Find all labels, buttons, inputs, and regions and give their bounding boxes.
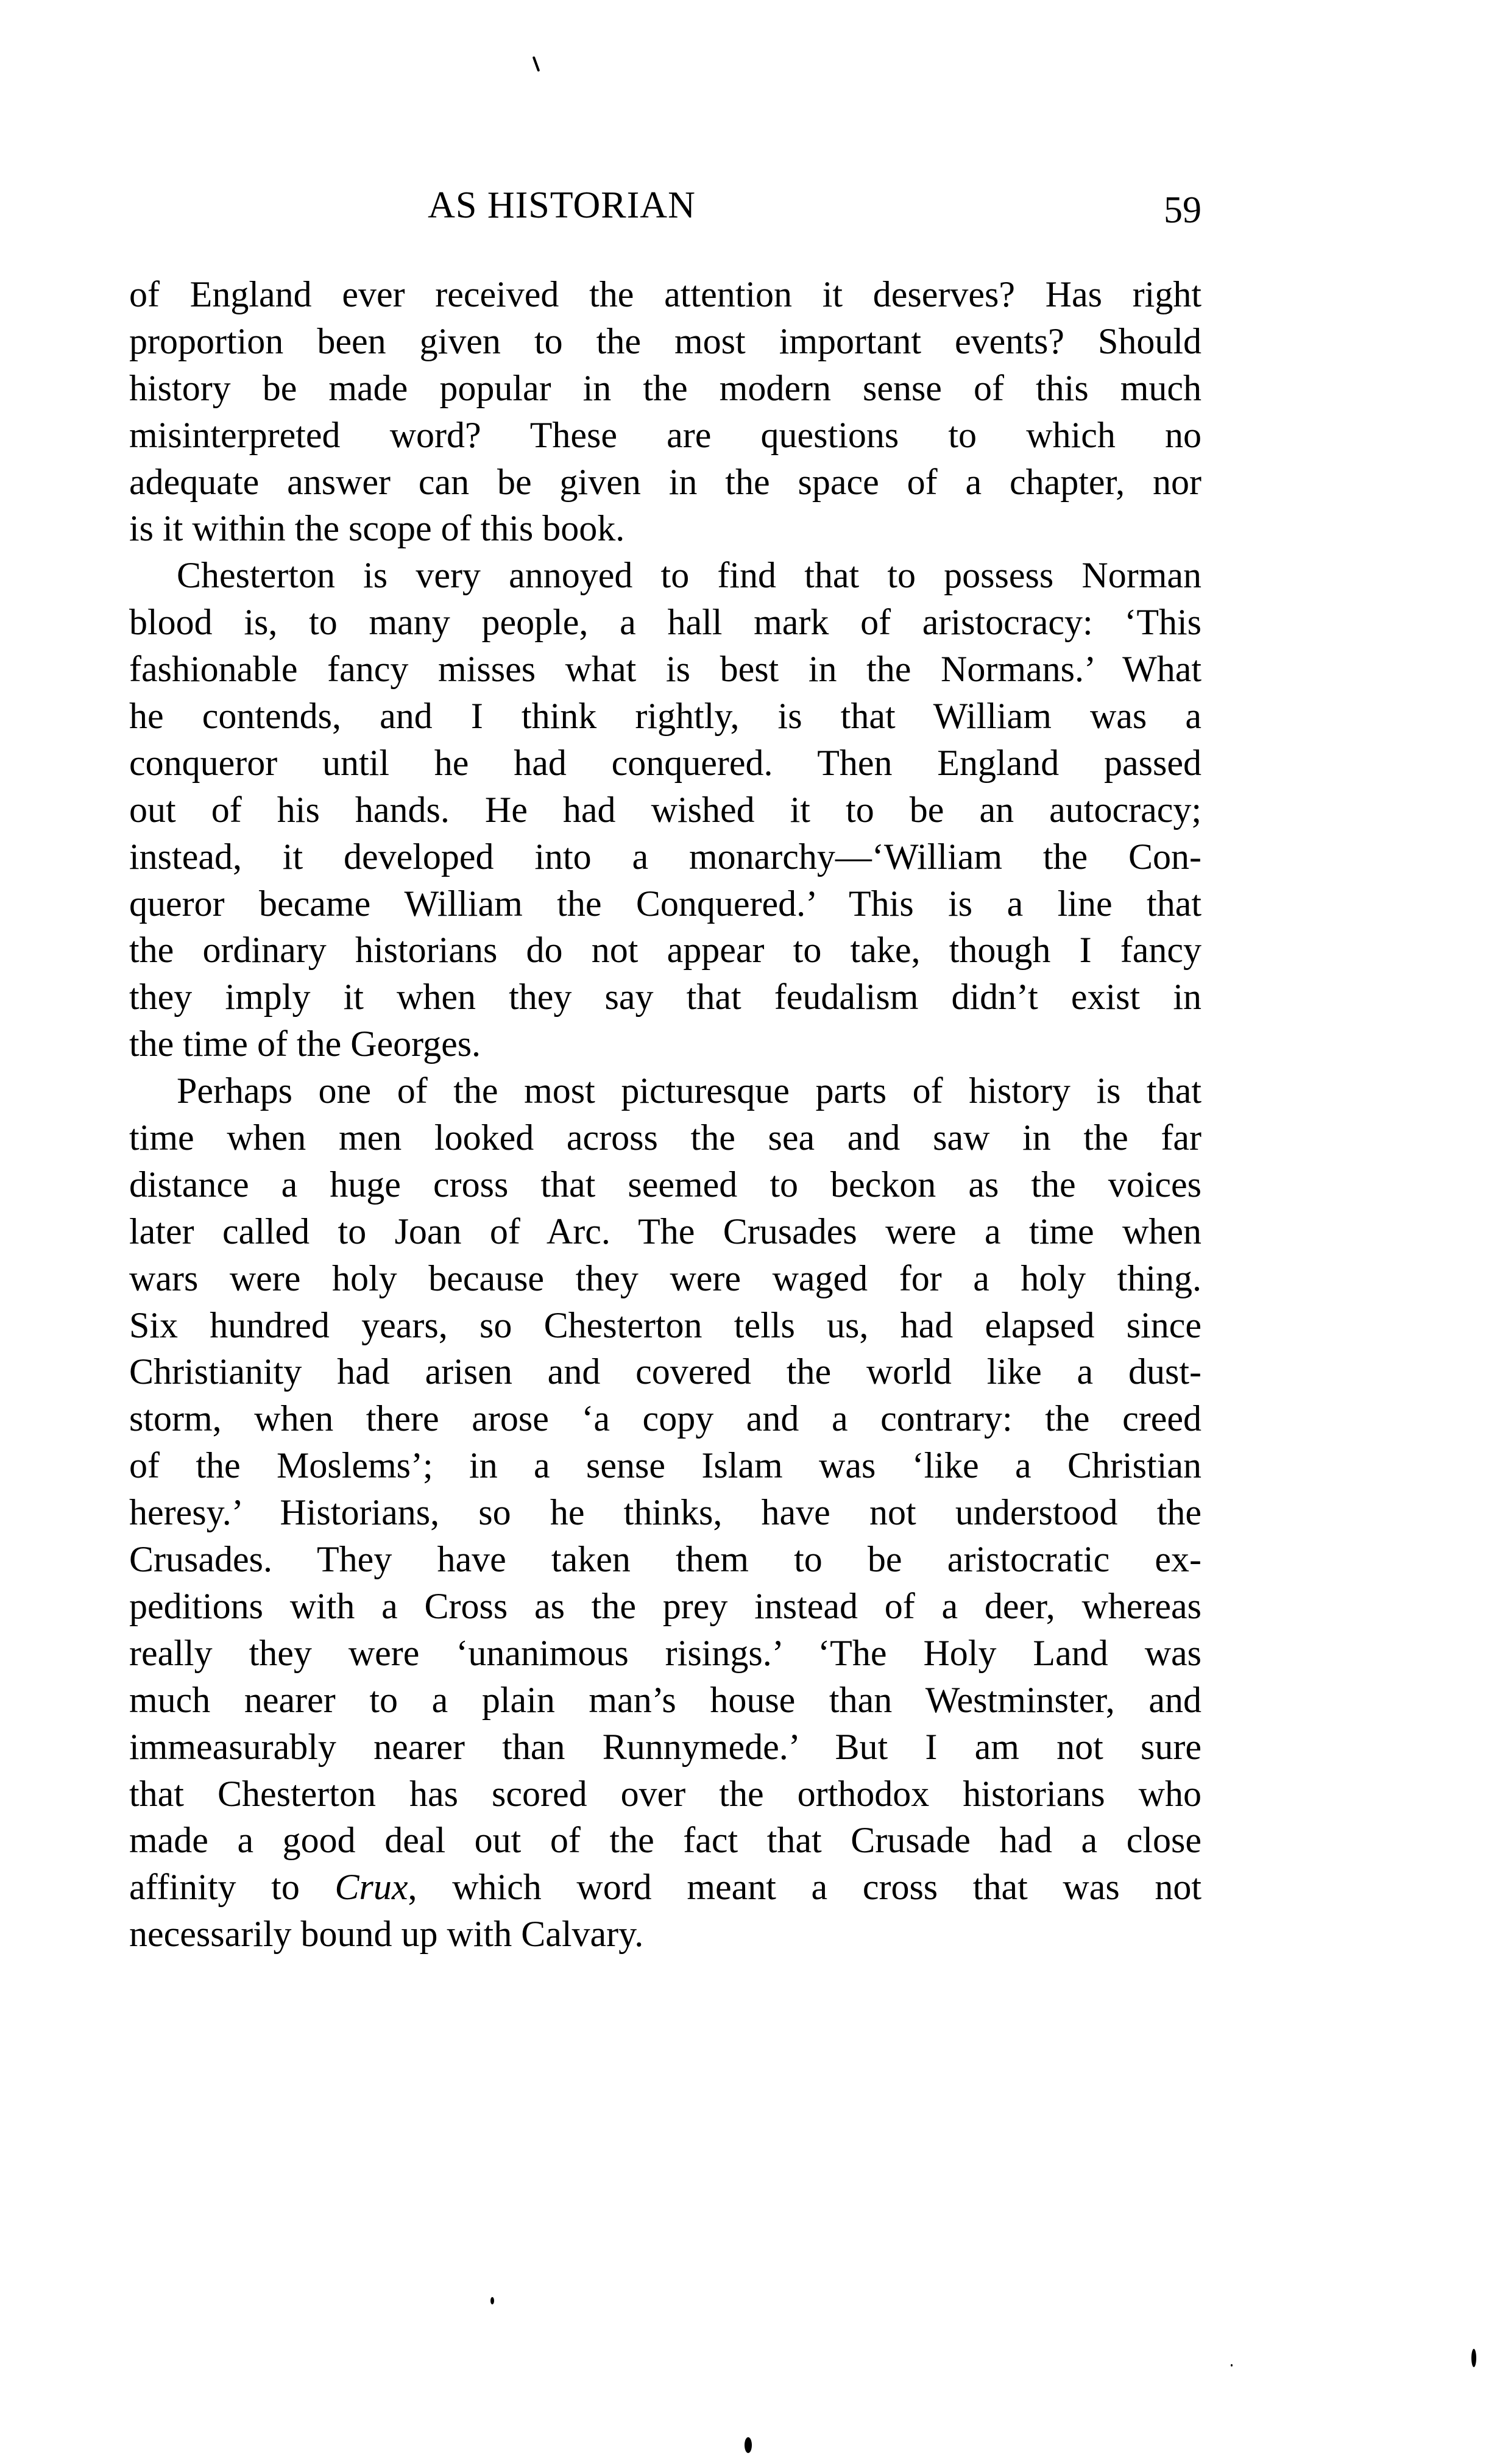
text-line: distance a huge cross that seemed to bec… <box>129 1161 1201 1208</box>
italic-term: Crux <box>334 1867 408 1907</box>
scan-mark <box>533 56 540 72</box>
text-line: the time of the Georges. <box>129 1021 1201 1067</box>
paragraph: of England ever received the attention i… <box>129 271 1201 552</box>
body-text: of England ever received the attention i… <box>129 271 1201 1958</box>
text-line: Christianity had arisen and covered the … <box>129 1348 1201 1395</box>
text-line: proportion been given to the most import… <box>129 318 1201 365</box>
book-page: AS HISTORIAN 59 of England ever received… <box>0 0 1511 2464</box>
text-line: fashionable fancy misses what is best in… <box>129 646 1201 693</box>
text-line: of England ever received the attention i… <box>129 271 1201 318</box>
text-line: immeasurably nearer than Runnymede.’ But… <box>129 1724 1201 1771</box>
text-line: later called to Joan of Arc. The Crusade… <box>129 1208 1201 1255</box>
text-line: storm, when there arose ‘a copy and a co… <box>129 1395 1201 1442</box>
scan-mark <box>1471 2349 1476 2367</box>
text-fragment: affinity to <box>129 1867 334 1907</box>
text-line: queror became William the Conquered.’ Th… <box>129 880 1201 927</box>
text-line: is it within the scope of this book. <box>129 505 1201 552</box>
text-line: of the Moslems’; in a sense Islam was ‘l… <box>129 1442 1201 1489</box>
text-line: blood is, to many people, a hall mark of… <box>129 599 1201 646</box>
text-line: the ordinary historians do not appear to… <box>129 927 1201 974</box>
text-line: misinterpreted word? These are questions… <box>129 412 1201 459</box>
running-head: AS HISTORIAN 59 <box>129 178 1201 233</box>
paragraph: Chesterton is very annoyed to find that … <box>129 552 1201 1067</box>
text-line: adequate answer can be given in the spac… <box>129 459 1201 506</box>
text-line: he contends, and I think rightly, is tha… <box>129 693 1201 740</box>
text-line: much nearer to a plain man’s house than … <box>129 1677 1201 1724</box>
text-line: heresy.’ Historians, so he thinks, have … <box>129 1489 1201 1536</box>
text-fragment: , which word meant a cross that was not <box>408 1867 1201 1907</box>
text-line: made a good deal out of the fact that Cr… <box>129 1817 1201 1864</box>
text-line: they imply it when they say that feudali… <box>129 974 1201 1021</box>
scan-mark <box>490 2297 494 2304</box>
text-line: Six hundred years, so Chesterton tells u… <box>129 1302 1201 1349</box>
text-line: Perhaps one of the most picturesque part… <box>129 1067 1201 1114</box>
text-line: out of his hands. He had wished it to be… <box>129 787 1201 834</box>
text-line: affinity to Crux, which word meant a cro… <box>129 1864 1201 1911</box>
page-number: 59 <box>1164 183 1201 238</box>
text-line: conqueror until he had conquered. Then E… <box>129 740 1201 787</box>
text-line: that Chesterton has scored over the orth… <box>129 1771 1201 1818</box>
text-line: Crusades. They have taken them to be ari… <box>129 1536 1201 1583</box>
text-line: instead, it developed into a monarchy—‘W… <box>129 834 1201 880</box>
text-line: Chesterton is very annoyed to find that … <box>129 552 1201 599</box>
text-line: really they were ‘unanimous risings.’ ‘T… <box>129 1630 1201 1677</box>
scan-mark <box>1231 2364 1233 2367</box>
paragraph: Perhaps one of the most picturesque part… <box>129 1067 1201 1958</box>
text-line: time when men looked across the sea and … <box>129 1114 1201 1161</box>
text-line: history be made popular in the modern se… <box>129 365 1201 412</box>
text-line: peditions with a Cross as the prey inste… <box>129 1583 1201 1630</box>
text-line: necessarily bound up with Calvary. <box>129 1911 1201 1958</box>
running-title: AS HISTORIAN <box>26 178 1098 233</box>
text-line: wars were holy because they were waged f… <box>129 1255 1201 1302</box>
scan-mark <box>745 2437 752 2453</box>
